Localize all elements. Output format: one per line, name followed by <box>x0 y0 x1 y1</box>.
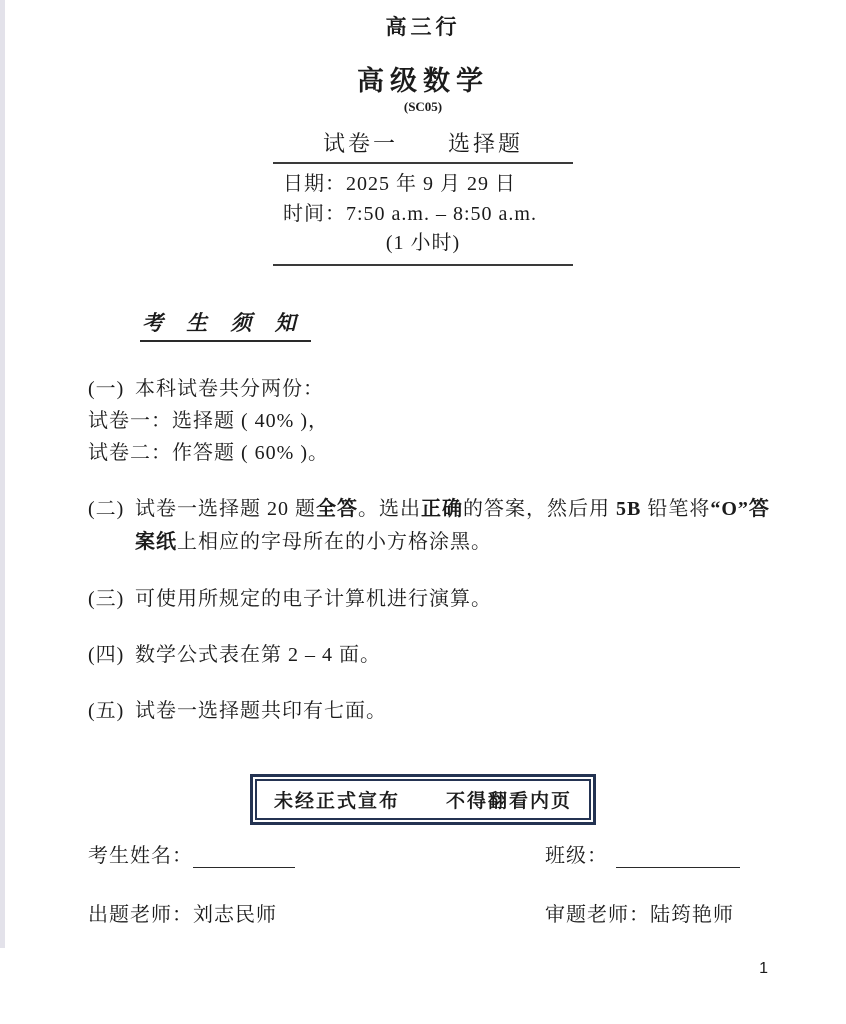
do-not-open-warning-box: 未经正式宣布 不得翻看内页 <box>250 774 596 825</box>
item-2-seg-6-bold: 5B <box>616 498 641 520</box>
setter-field: 出题老师： 刘志民师 <box>88 898 545 927</box>
item-2-seg-3: 。选出 <box>358 498 421 520</box>
item-4-text: 数学公式表在第 2 – 4 面。 <box>135 644 381 666</box>
item-4-number: (四) <box>88 640 124 670</box>
class-field: 班级： <box>545 839 770 868</box>
notice-item-2: (二) 试卷一选择题 20 题全答。选出正确的答案，然后用 5B 铅笔将“O”答… <box>88 493 770 559</box>
teachers-row: 出题老师： 刘志民师 审题老师： 陆筠艳师 <box>88 898 770 927</box>
exam-duration: (1 小时) <box>273 229 573 257</box>
name-class-row: 考生姓名： 班级： <box>88 839 770 868</box>
setter-name: 刘志民师 <box>193 898 277 927</box>
candidate-name-field: 考生姓名： <box>88 839 545 868</box>
notice-item-1: (一) 本科试卷共分两份： <box>88 374 770 404</box>
notice-item-1-sub-1: 试卷一：选择题 ( 40% )， <box>88 406 770 436</box>
reviewer-label: 审题老师： <box>545 898 650 927</box>
exam-date: 日期：2025 年 9 月 29 日 <box>273 169 573 199</box>
item-3-number: (三) <box>88 584 124 614</box>
page-header: 高三行 高级数学 (SC05) <box>0 0 846 114</box>
warning-box-inner-border: 未经正式宣布 不得翻看内页 <box>255 779 591 820</box>
reviewer-field: 审题老师： 陆筠艳师 <box>545 898 770 927</box>
exam-cover-page: 高三行 高级数学 (SC05) 试卷一 选择题 日期：2025 年 9 月 29… <box>0 0 846 1024</box>
item-1-text: 本科试卷共分两份： <box>135 378 324 400</box>
item-2-seg-4-bold: 正确 <box>421 498 463 520</box>
item-1-number: (一) <box>88 374 124 404</box>
candidate-name-blank <box>193 845 295 868</box>
footer-fields: 考生姓名： 班级： 出题老师： 刘志民师 审题老师： 陆筠艳师 <box>88 839 770 927</box>
subject-code: (SC05) <box>0 99 846 114</box>
setter-label: 出题老师： <box>88 898 193 927</box>
item-5-text: 试卷一选择题共印有七面。 <box>135 700 387 722</box>
paper-meta: 日期：2025 年 9 月 29 日 时间：7:50 a.m. – 8:50 a… <box>273 164 573 266</box>
notice-item-4: (四) 数学公式表在第 2 – 4 面。 <box>88 640 770 670</box>
notice-item-5: (五) 试卷一选择题共印有七面。 <box>88 696 770 726</box>
item-2-seg-1: 试卷一选择题 20 题 <box>135 498 316 520</box>
item-2-seg-9: 上相应的字母所在的小方格涂黑。 <box>177 531 492 553</box>
item-2-seg-5: 的答案，然后用 <box>463 498 616 520</box>
notice-title: 考 生 须 知 <box>140 310 311 342</box>
item-5-number: (五) <box>88 696 124 726</box>
item-2-seg-2-bold: 全答 <box>316 498 358 520</box>
warning-text-left: 未经正式宣布 <box>274 786 400 813</box>
page-number: 1 <box>759 960 768 978</box>
notice-item-1-sub-2: 试卷二：作答题 ( 60% )。 <box>88 438 770 468</box>
paper-title: 试卷一 选择题 <box>273 131 573 164</box>
school-line: 高三行 <box>0 14 846 40</box>
reviewer-name: 陆筠艳师 <box>650 898 734 927</box>
candidate-notice-section: 考 生 须 知 (一) 本科试卷共分两份： 试卷一：选择题 ( 40% )， 试… <box>88 310 770 726</box>
class-blank <box>616 845 740 868</box>
notice-title-wrap: 考 生 须 知 <box>88 310 770 342</box>
subject-title: 高级数学 <box>0 66 846 96</box>
notice-item-3: (三) 可使用所规定的电子计算机进行演算。 <box>88 584 770 614</box>
candidate-name-label: 考生姓名： <box>88 839 193 868</box>
warning-text-right: 不得翻看内页 <box>446 786 572 813</box>
paper-info-block: 试卷一 选择题 日期：2025 年 9 月 29 日 时间：7:50 a.m. … <box>273 131 573 266</box>
exam-time: 时间：7:50 a.m. – 8:50 a.m. <box>273 199 573 229</box>
item-3-text: 可使用所规定的电子计算机进行演算。 <box>135 588 492 610</box>
scan-edge-strip <box>0 0 5 948</box>
item-2-number: (二) <box>88 493 124 526</box>
item-2-seg-7: 铅笔将 <box>641 498 710 520</box>
class-label: 班级： <box>545 839 608 868</box>
